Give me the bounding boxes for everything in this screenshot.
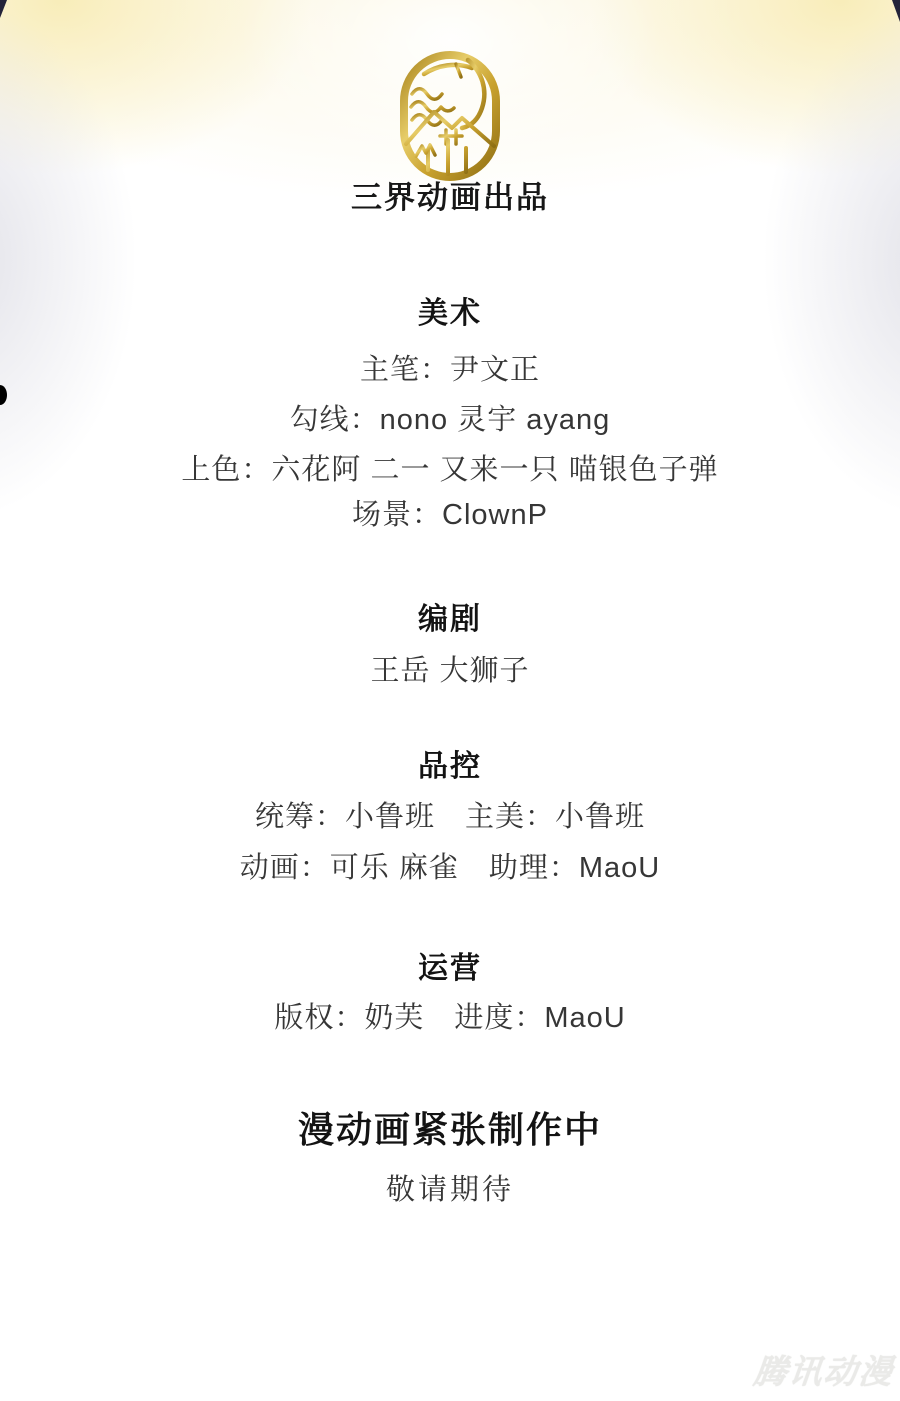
sanjie-animation-seal-logo <box>398 50 502 182</box>
top-left-dark-corner <box>0 0 7 18</box>
section-heading-quality-control: 品控 <box>0 748 900 786</box>
section-heading-operations: 运营 <box>0 950 900 988</box>
credit-line-coloring: 上色：六花阿 二一 又来一只 喵银色子弹 <box>0 451 900 489</box>
credit-line-animation: 动画：可乐 麻雀 助理：MaoU <box>0 849 900 887</box>
credit-line-copyright: 版权：奶芙 进度：MaoU <box>0 999 900 1037</box>
credit-line-lead-artist: 主笔：尹文正 <box>0 351 900 389</box>
producer-title: 三界动画出品 <box>0 179 900 217</box>
credit-line-lineart: 勾线：nono 灵宇 ayang <box>0 401 900 439</box>
credits-page: 三界动画出品 美术 主笔：尹文正 勾线：nono 灵宇 ayang 上色：六花阿… <box>0 0 900 1401</box>
top-right-dark-corner <box>892 0 900 22</box>
tencent-comics-watermark: 腾讯动漫 <box>752 1346 897 1393</box>
closing-line: 敬请期待 <box>0 1171 900 1209</box>
section-heading-script: 编剧 <box>0 601 900 639</box>
section-heading-art: 美术 <box>0 295 900 333</box>
credit-line-writers: 王岳 大狮子 <box>0 652 900 690</box>
credit-line-backgrounds: 场景：ClownP <box>0 496 900 534</box>
credit-line-coordination: 统筹：小鲁班 主美：小鲁班 <box>0 798 900 836</box>
production-status-line: 漫动画紧张制作中 <box>0 1108 900 1152</box>
